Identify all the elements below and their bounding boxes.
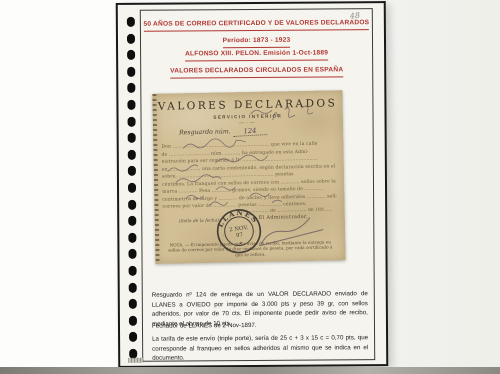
postmark-stamp-icon: LLANES 2 NOV. 97 * · · (213, 206, 264, 257)
punch-hole (127, 100, 135, 110)
album-page: 48 50 AÑOS DE CORREO CERTIFICADO Y DE VA… (116, 1, 389, 368)
edition-mark (128, 358, 143, 363)
photo-backdrop: 48 50 AÑOS DE CORREO CERTIFICADO Y DE VA… (0, 0, 500, 374)
punch-hole (127, 17, 135, 27)
punch-hole (128, 166, 136, 176)
punch-hole (127, 33, 135, 43)
punch-hole (128, 216, 136, 226)
form-body: Don ....................................… (161, 140, 336, 211)
postmark-star: * (239, 241, 243, 248)
punch-hole (128, 249, 136, 259)
photo-bottom-edge (0, 367, 500, 374)
resguardo-number-handwriting: 124 (232, 126, 266, 137)
resguardo-line: Resguardo núm. 124 (179, 127, 267, 138)
punch-hole (128, 233, 136, 243)
administrator-label: El Administrador, (259, 215, 308, 221)
punch-hole (128, 116, 136, 126)
date-stamp-label: (Sello de la fecha) (179, 219, 219, 225)
header-line-3: ALFONSO XIII. PELON. Emisión 1-Oct-1889 (142, 49, 371, 61)
punch-hole (127, 67, 135, 77)
punch-hole (129, 332, 137, 342)
punch-hole (129, 282, 137, 292)
punch-hole (128, 150, 136, 160)
punch-hole (128, 133, 136, 143)
punch-hole-strip (118, 3, 384, 5)
caption-paragraph-3: La tarifa de este envío (triple porte), … (152, 333, 368, 363)
header-line-4: VALORES DECLARADOS CIRCULADOS EN ESPAÑA (142, 66, 371, 78)
punch-hole (127, 83, 135, 93)
punch-hole (129, 299, 137, 309)
header-line-2: Periodo: 1873 - 1923 (142, 36, 371, 48)
punch-hole (129, 316, 137, 326)
svg-text:·: · (254, 229, 257, 235)
postmark-date-2: 97 (236, 232, 244, 239)
punch-hole (128, 183, 136, 193)
receipt-title: VALORES DECLARADOS (152, 97, 342, 113)
punch-hole (128, 199, 136, 209)
caption-paragraph-2: Fechador de LLANES de 2-Nov-1897. (152, 320, 368, 331)
valores-declarados-receipt: VALORES DECLARADOS SERVICIO INTERIOR —·—… (152, 90, 345, 264)
punch-hole (129, 266, 137, 276)
punch-hole (127, 50, 135, 60)
header-line-1: 50 AÑOS DE CORREO CERTIFICADO Y DE VALOR… (142, 19, 371, 31)
resguardo-label: Resguardo núm. (179, 128, 231, 136)
